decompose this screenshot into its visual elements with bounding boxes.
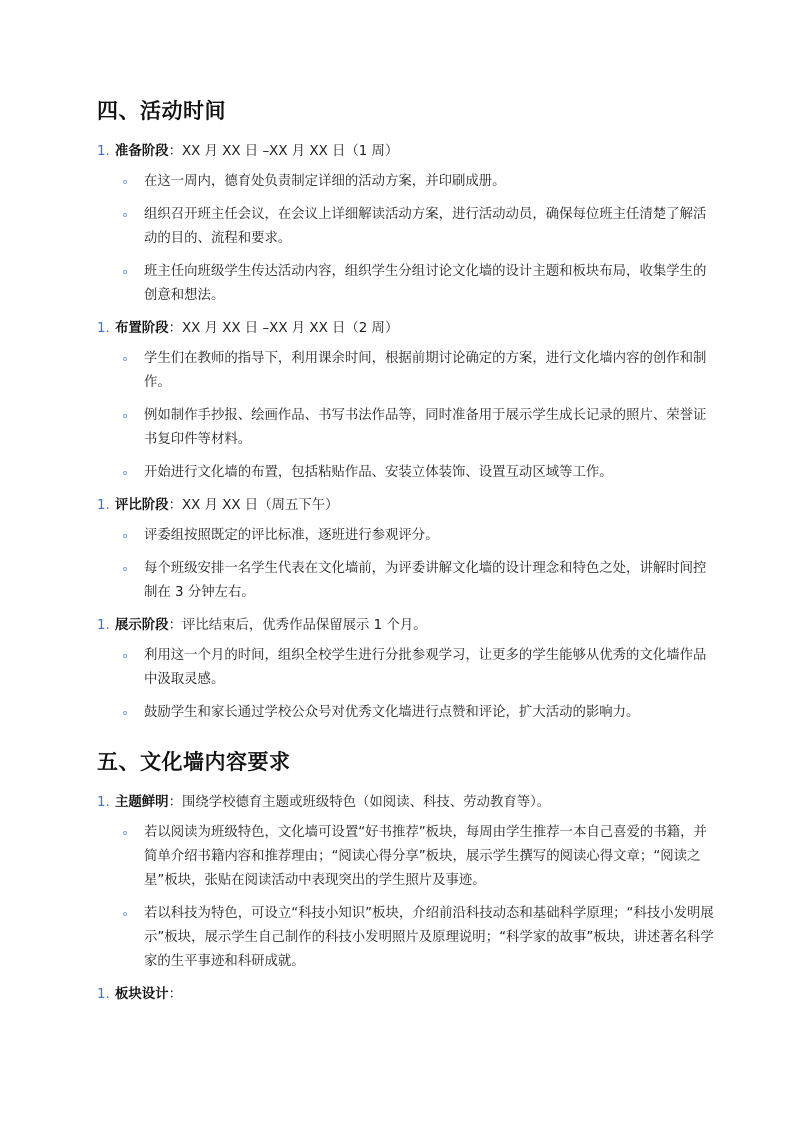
section-title-content-requirements: 五、文化墙内容要求	[97, 747, 717, 777]
bullet-item: 评委组按照既定的评比标准，逐班进行参观评分。	[97, 524, 717, 548]
list-item-label: 板块设计	[115, 987, 169, 1002]
bullet-item: 鼓励学生和家长通过学校公众号对优秀文化墙进行点赞和评论，扩大活动的影响力。	[97, 701, 717, 725]
bullet-item: 开始进行文化墙的布置，包括粘贴作品、安装立体装饰、设置互动区域等工作。	[97, 461, 717, 485]
list-item-text: ：XX 月 XX 日 –XX 月 XX 日（2 周）	[169, 321, 399, 336]
bullet-list: 若以阅读为班级特色，文化墙可设置“好书推荐”板块，每周由学生推荐一本自己喜爱的书…	[97, 821, 717, 974]
list-item-text: ：评比结束后，优秀作品保留展示 1 个月。	[169, 618, 427, 633]
list-number: 1.	[97, 317, 110, 341]
hollow-bullet-icon	[123, 270, 127, 274]
hollow-bullet-icon	[123, 534, 127, 538]
bullet-item: 组织召开班主任会议，在会议上详细解读活动方案，进行活动动员，确保每位班主任清楚了…	[97, 203, 717, 251]
list-number: 1.	[97, 614, 110, 638]
list-item-setup-stage: 1. 布置阶段：XX 月 XX 日 –XX 月 XX 日（2 周）	[97, 317, 717, 341]
list-item-judging-stage: 1. 评比阶段：XX 月 XX 日（周五下午）	[97, 494, 717, 518]
list-number: 1.	[97, 791, 110, 815]
hollow-bullet-icon	[123, 213, 127, 217]
bullet-item: 在这一周内，德育处负责制定详细的活动方案，并印刷成册。	[97, 170, 717, 194]
list-item-text: ：XX 月 XX 日 –XX 月 XX 日（1 周）	[169, 144, 399, 159]
list-number: 1.	[97, 983, 110, 1007]
list-number: 1.	[97, 140, 110, 164]
bullet-list: 利用这一个月的时间，组织全校学生进行分批参观学习，让更多的学生能够从优秀的文化墙…	[97, 644, 717, 725]
hollow-bullet-icon	[123, 912, 127, 916]
bullet-item: 每个班级安排一名学生代表在文化墙前，为评委讲解文化墙的设计理念和特色之处，讲解时…	[97, 557, 717, 605]
bullet-list: 评委组按照既定的评比标准，逐班进行参观评分。 每个班级安排一名学生代表在文化墙前…	[97, 524, 717, 605]
list-item-label: 主题鲜明	[115, 795, 169, 810]
bullet-item: 利用这一个月的时间，组织全校学生进行分批参观学习，让更多的学生能够从优秀的文化墙…	[97, 644, 717, 692]
list-item-clear-theme: 1. 主题鲜明：围绕学校德育主题或班级特色（如阅读、科技、劳动教育等）。	[97, 791, 717, 815]
list-number: 1.	[97, 494, 110, 518]
hollow-bullet-icon	[123, 414, 127, 418]
bullet-item: 若以科技为特色，可设立“科技小知识”板块，介绍前沿科技动态和基础科学原理；“科技…	[97, 902, 717, 974]
hollow-bullet-icon	[123, 357, 127, 361]
list-item-prep-stage: 1. 准备阶段：XX 月 XX 日 –XX 月 XX 日（1 周）	[97, 140, 717, 164]
list-item-label: 展示阶段	[115, 618, 169, 633]
bullet-item: 学生们在教师的指导下，利用课余时间，根据前期讨论确定的方案，进行文化墙内容的创作…	[97, 347, 717, 395]
bullet-item: 班主任向班级学生传达活动内容，组织学生分组讨论文化墙的设计主题和板块布局，收集学…	[97, 260, 717, 308]
list-item-text: ：XX 月 XX 日（周五下午）	[169, 498, 339, 513]
hollow-bullet-icon	[123, 654, 127, 658]
hollow-bullet-icon	[123, 471, 127, 475]
list-item-label: 评比阶段	[115, 498, 169, 513]
list-item-display-stage: 1. 展示阶段：评比结束后，优秀作品保留展示 1 个月。	[97, 614, 717, 638]
hollow-bullet-icon	[123, 831, 127, 835]
hollow-bullet-icon	[123, 711, 127, 715]
list-item-panel-design: 1. 板块设计：	[97, 983, 717, 1007]
bullet-list: 学生们在教师的指导下，利用课余时间，根据前期讨论确定的方案，进行文化墙内容的创作…	[97, 347, 717, 485]
bullet-item: 例如制作手抄报、绘画作品、书写书法作品等，同时准备用于展示学生成长记录的照片、荣…	[97, 404, 717, 452]
list-item-text: ：	[169, 987, 182, 1002]
bullet-list: 在这一周内，德育处负责制定详细的活动方案，并印刷成册。 组织召开班主任会议，在会…	[97, 170, 717, 308]
list-item-text: ：围绕学校德育主题或班级特色（如阅读、科技、劳动教育等）。	[169, 795, 551, 810]
hollow-bullet-icon	[123, 180, 127, 184]
list-item-label: 布置阶段	[115, 321, 169, 336]
hollow-bullet-icon	[123, 567, 127, 571]
bullet-item: 若以阅读为班级特色，文化墙可设置“好书推荐”板块，每周由学生推荐一本自己喜爱的书…	[97, 821, 717, 893]
document-page: 四、活动时间 1. 准备阶段：XX 月 XX 日 –XX 月 XX 日（1 周）…	[97, 96, 717, 1013]
list-item-label: 准备阶段	[115, 144, 169, 159]
section-title-activity-time: 四、活动时间	[97, 96, 717, 126]
